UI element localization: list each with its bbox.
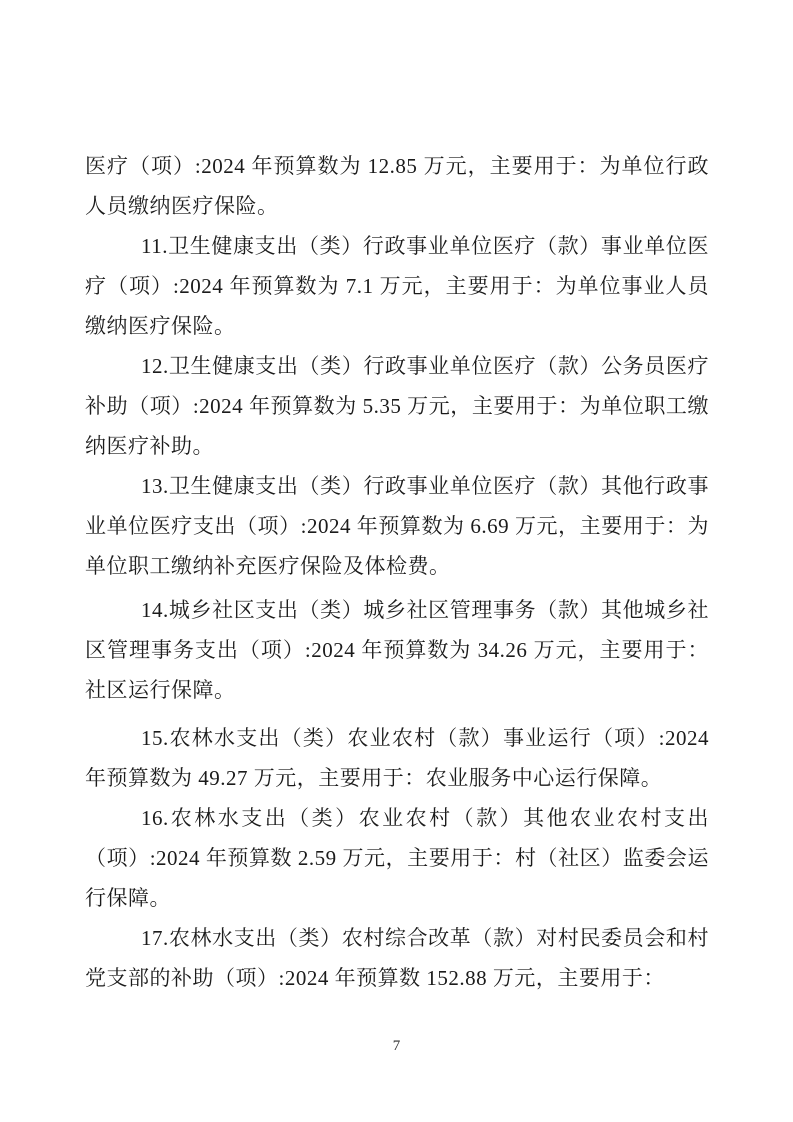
paragraph-11: 11.卫生健康支出（类）行政事业单位医疗（款）事业单位医疗（项）:2024 年预… <box>85 226 709 346</box>
paragraph-14: 14.城乡社区支出（类）城乡社区管理事务（款）其他城乡社区管理事务支出（项）:2… <box>85 590 709 710</box>
document-body: 医疗（项）:2024 年预算数为 12.85 万元，主要用于：为单位行政人员缴纳… <box>85 146 709 998</box>
document-page: 医疗（项）:2024 年预算数为 12.85 万元，主要用于：为单位行政人员缴纳… <box>0 0 793 1122</box>
paragraph-17: 17.农林水支出（类）农村综合改革（款）对村民委员会和村党支部的补助（项）:20… <box>85 918 709 998</box>
page-number: 7 <box>0 1036 793 1056</box>
paragraph-16: 16.农林水支出（类）农业农村（款）其他农业农村支出（项）:2024 年预算数 … <box>85 798 709 918</box>
paragraph-13: 13.卫生健康支出（类）行政事业单位医疗（款）其他行政事业单位医疗支出（项）:2… <box>85 466 709 586</box>
paragraph-15: 15.农林水支出（类）农业农村（款）事业运行（项）:2024 年预算数为 49.… <box>85 718 709 798</box>
paragraph-12: 12.卫生健康支出（类）行政事业单位医疗（款）公务员医疗补助（项）:2024 年… <box>85 346 709 466</box>
paragraph-10-continuation: 医疗（项）:2024 年预算数为 12.85 万元，主要用于：为单位行政人员缴纳… <box>85 146 709 226</box>
